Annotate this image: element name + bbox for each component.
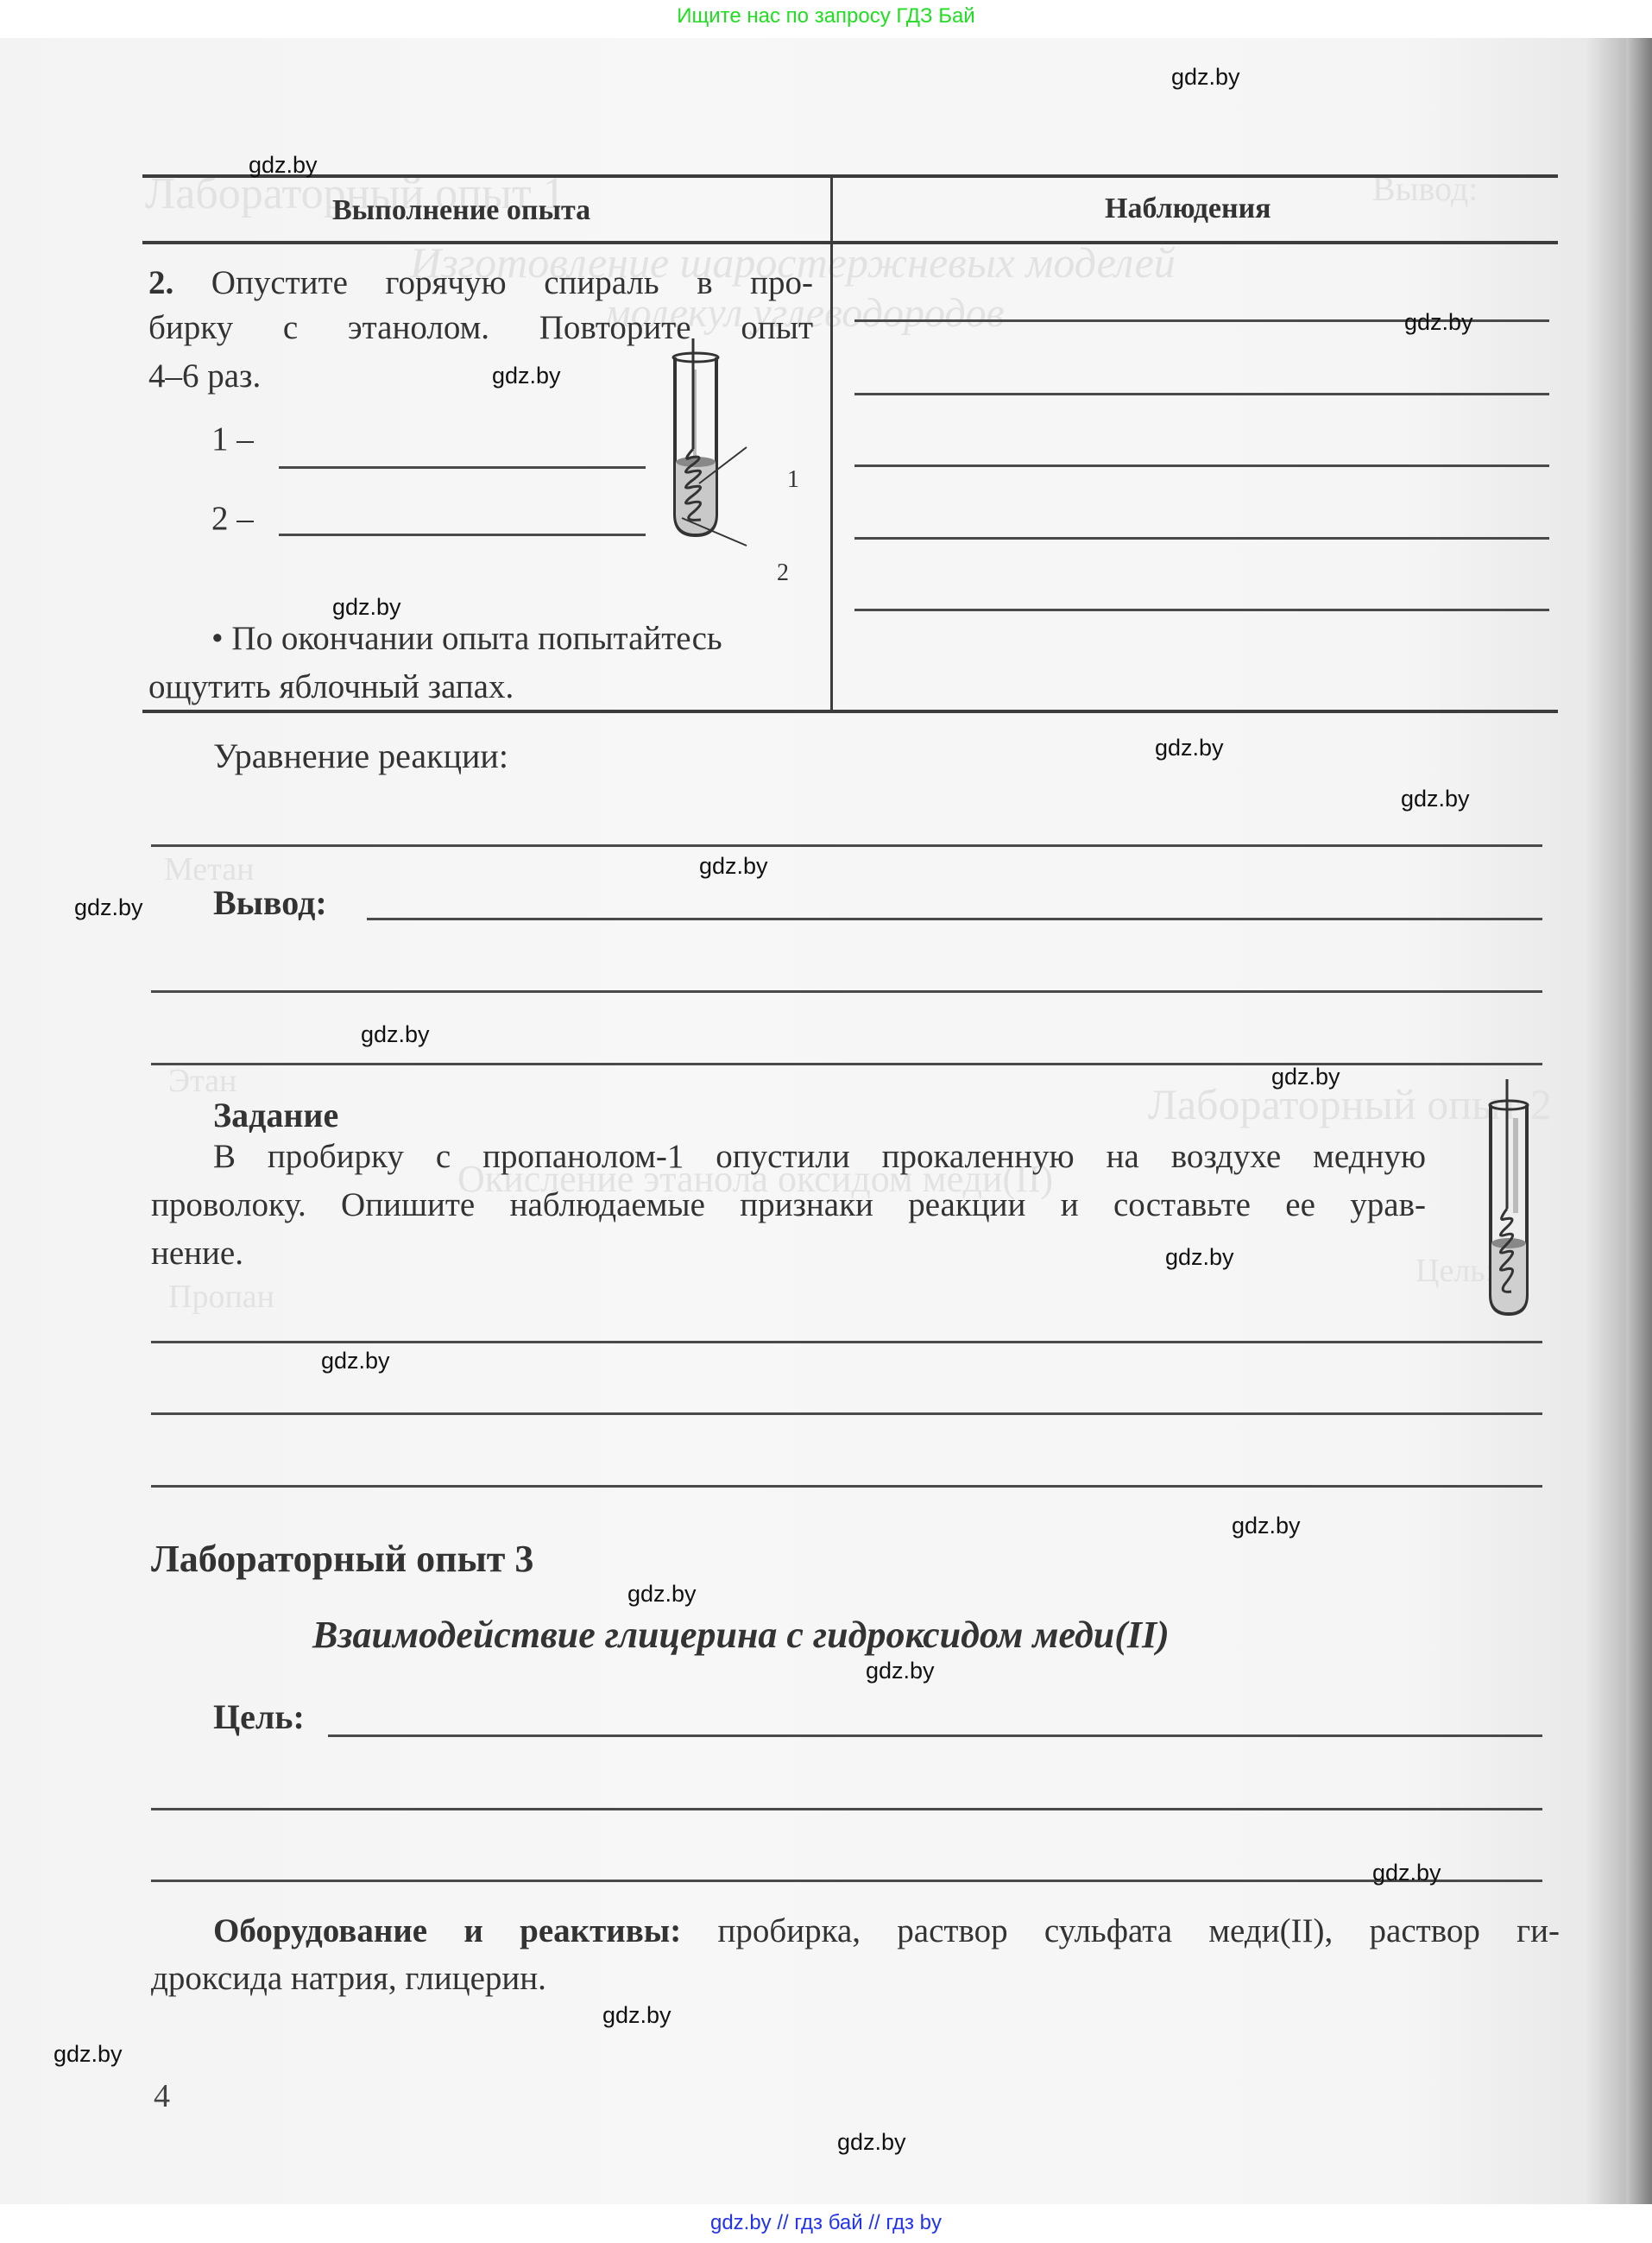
- watermark: gdz.by: [1171, 64, 1240, 91]
- watermark: gdz.by: [699, 853, 768, 880]
- top-banner: Ищите нас по запросу ГДЗ Бай: [0, 0, 1652, 38]
- test-tube-spiral-figure: [665, 345, 837, 622]
- task-line-3: нение.: [151, 1229, 243, 1277]
- answer-line-2[interactable]: [279, 534, 646, 536]
- blank-label-1: 1 –: [211, 420, 254, 458]
- observation-line[interactable]: [854, 609, 1549, 611]
- bottom-banner: gdz.by // гдз бай // гдз by: [0, 2204, 1652, 2243]
- goal-answer-line[interactable]: [151, 1808, 1542, 1810]
- bleed-through-text: Пропан: [168, 1278, 274, 1316]
- conclusion-answer-line[interactable]: [151, 990, 1542, 993]
- watermark: gdz.by: [1401, 786, 1470, 812]
- watermark: gdz.by: [54, 2041, 123, 2068]
- watermark: gdz.by: [1372, 1860, 1441, 1886]
- column-header-observations: Наблюдения: [1105, 193, 1271, 225]
- task-line-1: В пробирку с пропанолом-1 опустили прока…: [213, 1133, 1426, 1180]
- note-line-1: • По окончании опыта попытайтесь: [211, 615, 722, 662]
- figure-label-1: 1: [787, 466, 799, 494]
- step-number: 2.: [148, 264, 173, 301]
- task-title: Задание: [213, 1095, 338, 1135]
- conclusion-label: Вывод:: [213, 882, 327, 923]
- bottom-banner-links[interactable]: gdz.by // гдз бай // гдз by: [0, 2211, 1652, 2235]
- table-header-rule: [142, 241, 1558, 244]
- equation-label: Уравнение реакции:: [213, 736, 508, 776]
- equation-answer-line[interactable]: [151, 844, 1542, 847]
- observation-line[interactable]: [854, 537, 1549, 540]
- goal-answer-line[interactable]: [151, 1880, 1542, 1882]
- blank-label-2: 2 –: [211, 499, 254, 538]
- top-banner-text[interactable]: Ищите нас по запросу ГДЗ Бай: [0, 4, 1652, 28]
- observation-line[interactable]: [854, 464, 1549, 467]
- step-2-line-3: 4–6 раз.: [148, 352, 261, 400]
- goal-answer-line[interactable]: [328, 1734, 1542, 1737]
- equipment-line-1: Оборудование и реактивы: пробирка, раств…: [213, 1907, 1560, 1955]
- goal-label: Цель:: [213, 1696, 305, 1737]
- watermark: gdz.by: [627, 1581, 697, 1608]
- watermark: gdz.by: [602, 2002, 672, 2029]
- table-top-rule: [142, 174, 1558, 178]
- lab-3-title: Лабораторный опыт 3: [151, 1537, 533, 1581]
- step-2-line-1: 2. Опустите горячую спираль в про-: [148, 259, 813, 306]
- step-2-line-2: бирку с этанолом. Повторите опыт: [148, 304, 813, 351]
- watermark: gdz.by: [837, 2129, 906, 2156]
- observation-line[interactable]: [854, 393, 1549, 395]
- watermark: gdz.by: [492, 363, 561, 389]
- task-answer-line[interactable]: [151, 1412, 1542, 1415]
- conclusion-answer-line[interactable]: [367, 918, 1542, 920]
- test-tube-spiral-figure-small: [1480, 1071, 1549, 1321]
- page-number: 4: [154, 2077, 170, 2115]
- watermark: gdz.by: [1404, 309, 1473, 336]
- equipment-line-2: дроксида натрия, глицерин.: [151, 1955, 546, 2002]
- watermark: gdz.by: [1165, 1244, 1234, 1271]
- task-line-2: проволоку. Опишите наблюдаемые признаки …: [151, 1181, 1426, 1229]
- watermark: gdz.by: [1232, 1513, 1301, 1539]
- figure-label-2: 2: [777, 559, 789, 587]
- watermark: gdz.by: [1155, 735, 1224, 761]
- task-answer-line[interactable]: [151, 1485, 1542, 1488]
- watermark: gdz.by: [1271, 1064, 1340, 1090]
- column-header-procedure: Выполнение опыта: [332, 194, 590, 227]
- watermark: gdz.by: [249, 152, 318, 179]
- watermark: gdz.by: [866, 1658, 935, 1684]
- watermark: gdz.by: [74, 894, 143, 921]
- book-spine-shadow: [1626, 38, 1652, 2204]
- note-line-2: ощутить яблочный запах.: [148, 663, 514, 711]
- watermark: gdz.by: [361, 1021, 430, 1048]
- watermark: gdz.by: [332, 594, 401, 621]
- equipment-label: Оборудование и реактивы:: [213, 1912, 681, 1949]
- lab-3-subtitle: Взаимодействие глицерина с гидроксидом м…: [312, 1613, 1170, 1657]
- answer-line-1[interactable]: [279, 466, 646, 469]
- task-answer-line[interactable]: [151, 1341, 1542, 1343]
- watermark: gdz.by: [321, 1348, 390, 1374]
